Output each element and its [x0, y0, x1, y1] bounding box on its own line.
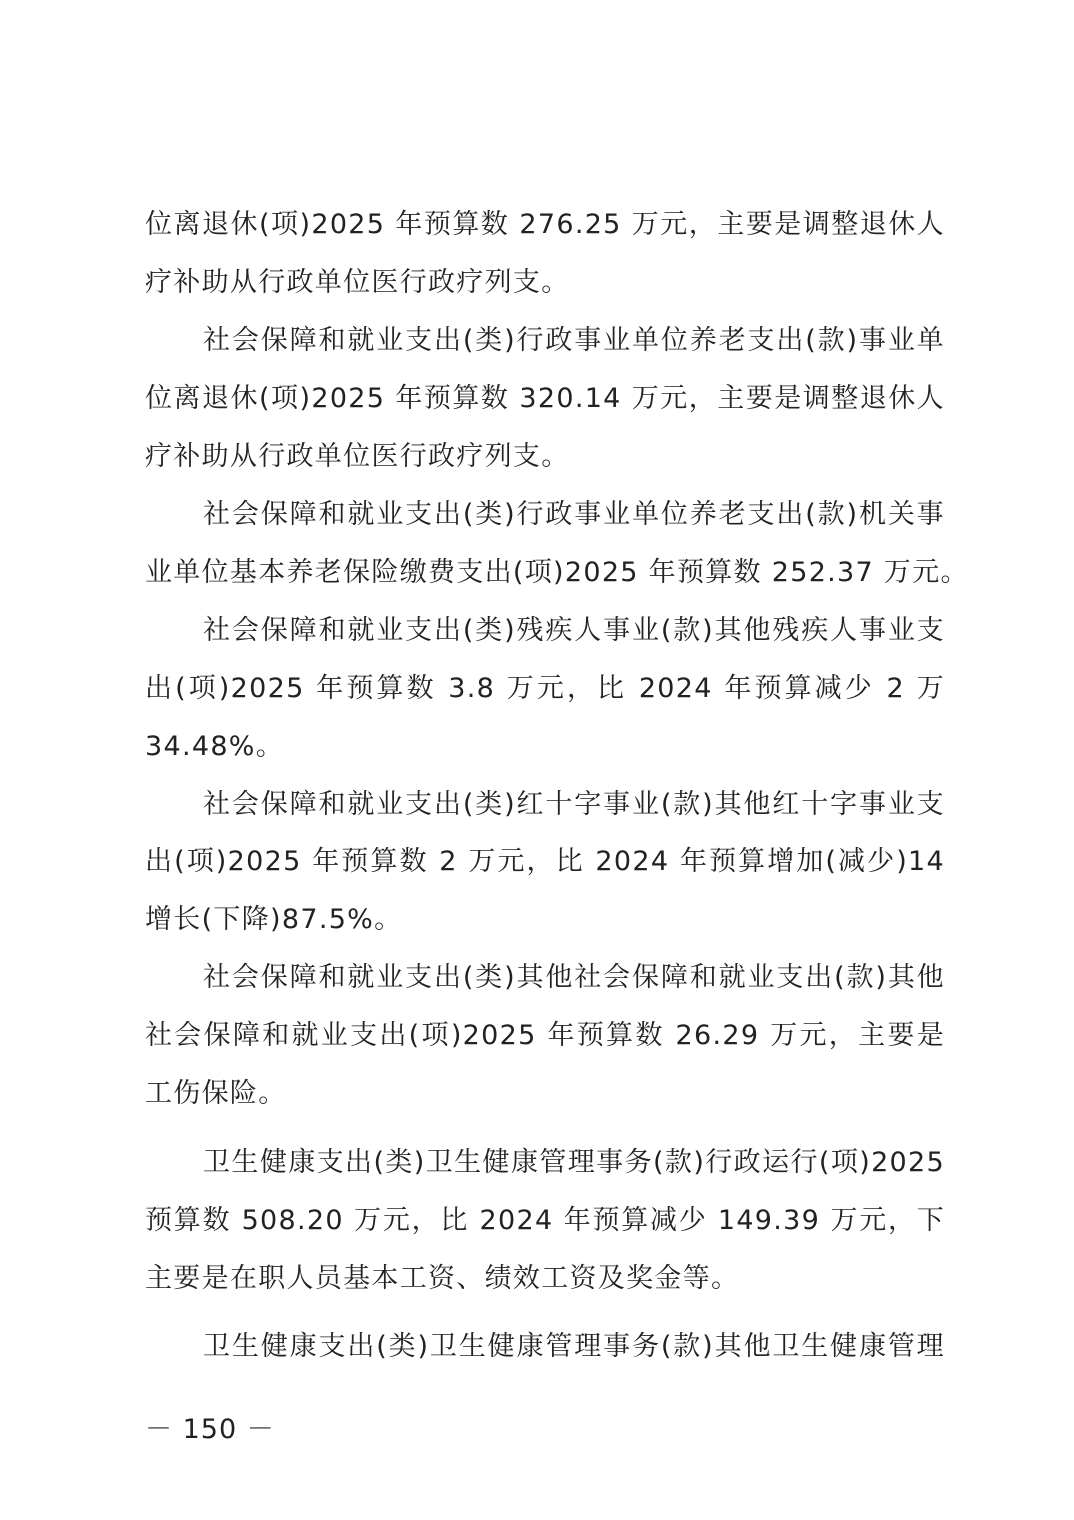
paragraph-start-line: 社会保障和就业支出(类)行政事业单位养老支出(款)事业单	[203, 321, 945, 361]
document-page: 位离退休(项)2025 年预算数 276.25 万元，主要是调整退休人员医 疗补…	[0, 0, 1074, 1520]
text-line: 工伤保险。	[145, 1074, 945, 1114]
paragraph-start-line: 社会保障和就业支出(类)行政事业单位养老支出(款)机关事	[203, 495, 945, 535]
text-line: 疗补助从行政单位医行政疗列支。	[145, 263, 945, 303]
paragraph-start-line: 社会保障和就业支出(类)其他社会保障和就业支出(款)其他	[203, 958, 945, 998]
text-line: 位离退休(项)2025 年预算数 320.14 万元，主要是调整退休人员医	[145, 379, 945, 419]
text-line: 预算数 508.20 万元，比 2024 年预算减少 149.39 万元，下降 …	[145, 1201, 945, 1241]
paragraph-start-line: 卫生健康支出(类)卫生健康管理事务(款)行政运行(项)2025 年	[203, 1143, 945, 1183]
text-line: 出(项)2025 年预算数 3.8 万元，比 2024 年预算减少 2 万元，下…	[145, 669, 945, 709]
text-line: 增长(下降)87.5%。	[145, 900, 945, 940]
paragraph-start-line: 社会保障和就业支出(类)残疾人事业(款)其他残疾人事业支	[203, 611, 945, 651]
text-line: 疗补助从行政单位医行政疗列支。	[145, 437, 945, 477]
text-line: 业单位基本养老保险缴费支出(项)2025 年预算数 252.37 万元。	[145, 553, 945, 593]
paragraph-start-line: 社会保障和就业支出(类)红十字事业(款)其他红十字事业支	[203, 785, 945, 825]
text-line: 主要是在职人员基本工资、绩效工资及奖金等。	[145, 1259, 945, 1299]
text-line: 出(项)2025 年预算数 2 万元，比 2024 年预算增加(减少)14 万元…	[145, 842, 945, 882]
text-line: 位离退休(项)2025 年预算数 276.25 万元，主要是调整退休人员医	[145, 205, 945, 245]
paragraph-start-line: 卫生健康支出(类)卫生健康管理事务(款)其他卫生健康管理	[203, 1327, 945, 1367]
text-line: 34.48%。	[145, 727, 945, 767]
text-line: 社会保障和就业支出(项)2025 年预算数 26.29 万元，主要是缴纳	[145, 1016, 945, 1056]
page-number: － 150 －	[145, 1410, 275, 1450]
